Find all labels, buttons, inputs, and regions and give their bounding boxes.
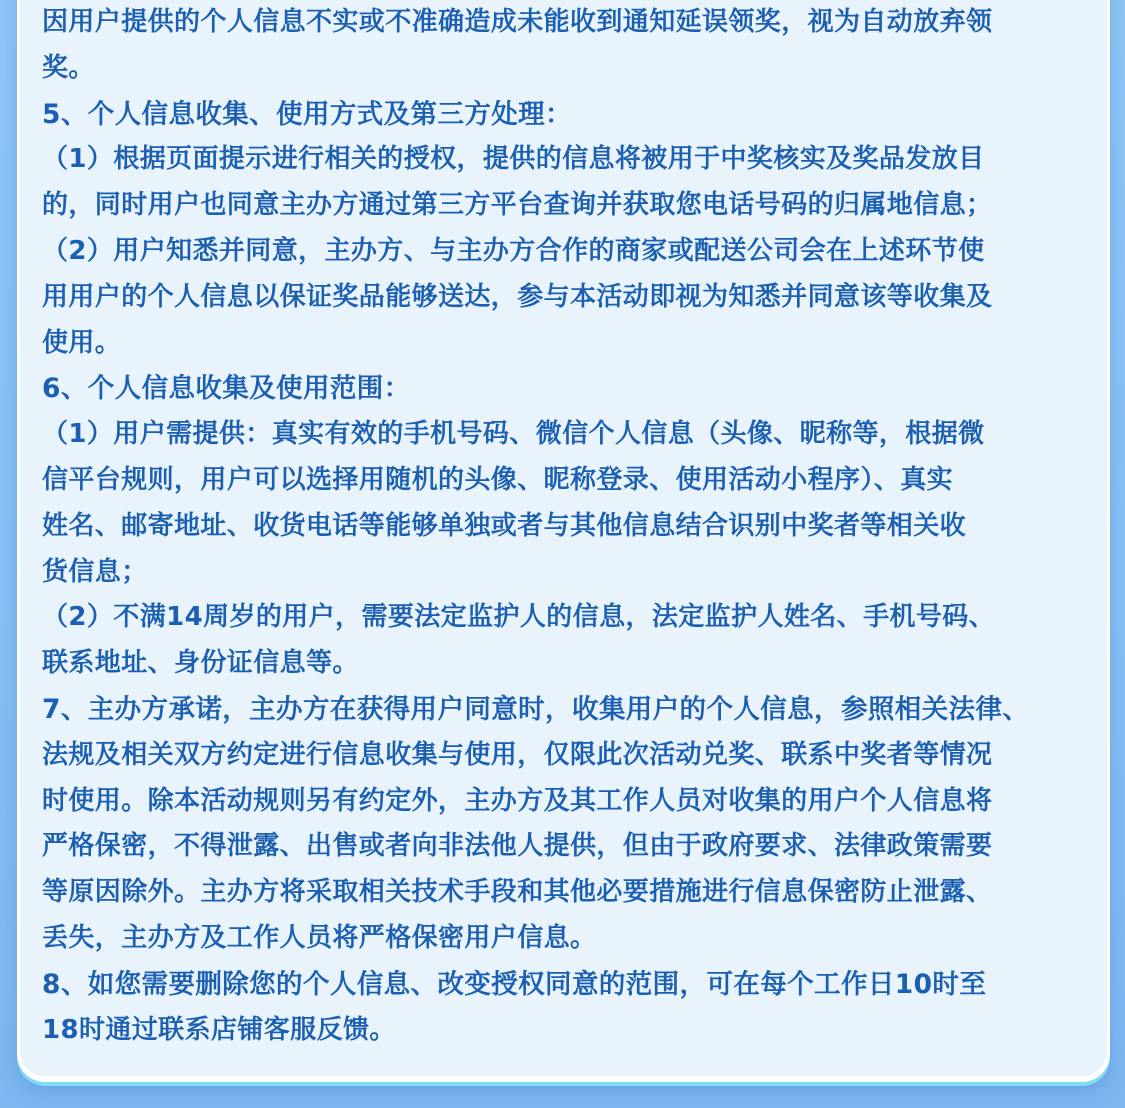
rule-line: 货信息； xyxy=(42,550,1097,596)
rule-line: 使用。 xyxy=(42,321,1097,367)
rule-line: 丢失，主办方及工作人员将严格保密用户信息。 xyxy=(42,916,1097,962)
rule-line: 信平台规则，用户可以选择用随机的头像、昵称登录、使用活动小程序）、真实 xyxy=(42,458,1097,504)
rule-line: 的，同时用户也同意主办方通过第三方平台查询并获取您电话号码的归属地信息； xyxy=(42,183,1097,229)
section-heading-6: 6、个人信息收集及使用范围： xyxy=(42,366,1097,412)
section-heading-5: 5、个人信息收集、使用方式及第三方处理： xyxy=(42,92,1097,138)
section-heading-7: 7、主办方承诺，主办方在获得用户同意时，收集用户的个人信息，参照相关法律、 xyxy=(42,687,1097,733)
section-heading-8: 8、如您需要删除您的个人信息、改变授权同意的范围，可在每个工作日10时至 xyxy=(42,962,1097,1008)
rule-line: 因用户提供的个人信息不实或不准确造成未能收到通知延误领奖，视为自动放弃领 xyxy=(42,0,1097,46)
rule-line: 用用户的个人信息以保证奖品能够送达，参与本活动即视为知悉并同意该等收集及 xyxy=(42,275,1097,321)
rule-line: （2）用户知悉并同意，主办方、与主办方合作的商家或配送公司会在上述环节使 xyxy=(42,229,1097,275)
rule-line: 18时通过联系店铺客服反馈。 xyxy=(42,1008,1097,1054)
rule-line: 姓名、邮寄地址、收货电话等能够单独或者与其他信息结合识别中奖者等相关收 xyxy=(42,504,1097,550)
rule-line: 等原因除外。主办方将采取相关技术手段和其他必要措施进行信息保密防止泄露、 xyxy=(42,870,1097,916)
rule-line: （1）用户需提供：真实有效的手机号码、微信个人信息（头像、昵称等，根据微 xyxy=(42,412,1097,458)
rule-line: 法规及相关双方约定进行信息收集与使用，仅限此次活动兑奖、联系中奖者等情况 xyxy=(42,733,1097,779)
rule-line: 严格保密，不得泄露、出售或者向非法他人提供，但由于政府要求、法律政策需要 xyxy=(42,824,1097,870)
rule-line: （1）根据页面提示进行相关的授权，提供的信息将被用于中奖核实及奖品发放目 xyxy=(42,137,1097,183)
rule-line: 奖。 xyxy=(42,46,1097,92)
rule-line: 时使用。除本活动规则另有约定外，主办方及其工作人员对收集的用户个人信息将 xyxy=(42,779,1097,825)
rule-line: 联系地址、身份证信息等。 xyxy=(42,641,1097,687)
rule-line: （2）不满14周岁的用户，需要法定监护人的信息，法定监护人姓名、手机号码、 xyxy=(42,595,1097,641)
rules-text: 因用户提供的个人信息不实或不准确造成未能收到通知延误领奖，视为自动放弃领 奖。 … xyxy=(42,0,1097,1053)
